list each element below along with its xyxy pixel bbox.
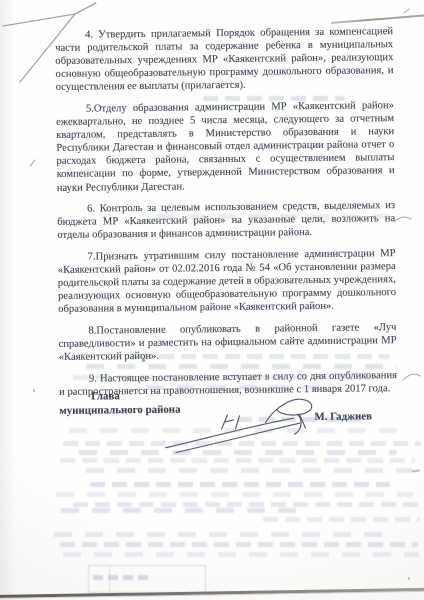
page-bottom-edge-highlight [0,591,424,600]
scanned-document-page: 4. Утвердить прилагаемый Порядок обращен… [0,0,424,600]
paragraph-8: 8.Постановление опубликовать в районной … [58,321,396,364]
paragraph-5: 5.Отделу образования администрации МР «К… [56,99,395,194]
paragraph-4: 4. Утвердить прилагаемый Порядок обращен… [55,25,394,94]
signatory-name: М. Гаджиев [314,410,372,424]
scan-artifact-top-line [331,14,424,24]
scan-artifact-speck-left [33,389,35,392]
decree-text-block: 4. Утвердить прилагаемый Порядок обращен… [55,25,399,589]
paragraph-6: 6. Контроль за целевым использованием ср… [57,199,395,242]
scan-artifact-dash [412,469,420,472]
page-bottom-edge-shadow [0,588,424,598]
scan-artifact-speck-right [408,577,410,580]
paragraph-7: 7.Признать утратившим силу постановление… [58,247,397,316]
handwritten-signature [147,392,328,456]
